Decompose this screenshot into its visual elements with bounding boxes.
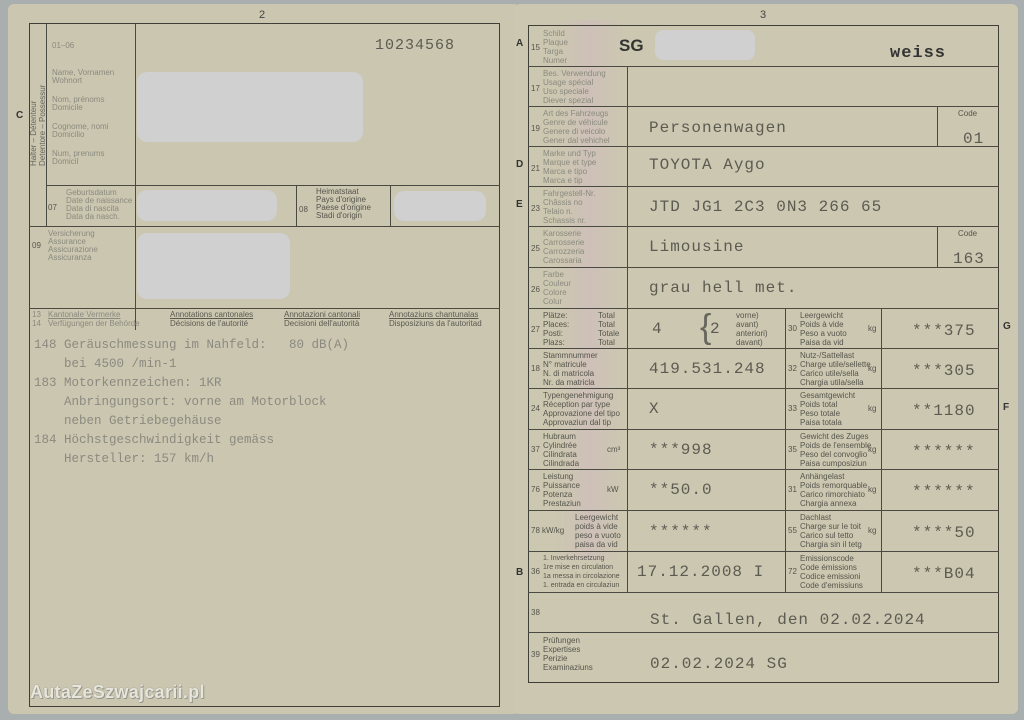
divider [390, 185, 391, 226]
field-label: Expertises [543, 645, 580, 654]
field-78-value: ****** [649, 523, 713, 541]
field-26-code: 26 [531, 285, 540, 294]
field-label: Leistung [543, 472, 573, 481]
side-letter-g: G [1003, 321, 1011, 332]
unit-label: kg [868, 404, 876, 413]
field-label: Prüfungen [543, 636, 580, 645]
field-38-code: 38 [531, 608, 540, 617]
field-label: Chargia annexa [800, 499, 856, 508]
field-label: Colore [543, 288, 567, 297]
field-label: Domicil [52, 157, 78, 166]
field-label: Plätze: [543, 311, 567, 320]
redacted-origin [394, 191, 486, 221]
field-08-code: 08 [299, 205, 308, 214]
field-label: Wohnort [52, 76, 82, 85]
field-label: Schassis nr. [543, 216, 586, 225]
code-label: Code [958, 229, 977, 238]
field-78-code: 78 [531, 526, 540, 535]
divider [627, 66, 628, 592]
field-label: Posti: [543, 329, 563, 338]
field-label: Réception par type [543, 400, 610, 409]
field-label: Art des Fahrzeugs [543, 109, 608, 118]
divider [528, 510, 999, 511]
unit-label: kW [607, 485, 619, 494]
right-page-number: 3 [760, 9, 766, 21]
field-label: Leergewicht [575, 513, 618, 522]
unit-label: kg [868, 485, 876, 494]
divider [528, 551, 999, 552]
field-label: Chargia utila/sella [800, 378, 864, 387]
field-label: N. di matricola [543, 369, 594, 378]
field-30-value: ***375 [912, 322, 976, 340]
field-label: Stadi d'origin [316, 211, 362, 220]
field-label: Data da nasch. [66, 212, 120, 221]
field-07-code: 07 [48, 203, 57, 212]
code-label: Code [958, 109, 977, 118]
field-label: Total [598, 311, 615, 320]
field-09-code: 09 [32, 241, 41, 250]
field-label: Diever spezial [543, 96, 593, 105]
field-label: Approvazione del tipo [543, 409, 620, 418]
divider [528, 66, 999, 67]
divider [528, 267, 999, 268]
field-label: 1. entrada en circulaziun [543, 581, 619, 590]
field-label: N° matricule [543, 360, 587, 369]
field-18-value: 419.531.248 [649, 360, 766, 378]
annotation-header: Verfügungen der Behörde [48, 319, 140, 328]
field-label: Paisa cumposiziun [800, 459, 867, 468]
divider [46, 185, 500, 186]
field-55-code: 55 [788, 526, 797, 535]
field-36-code: 36 [531, 567, 540, 576]
field-label: Perizie [543, 654, 567, 663]
field-36-value: 17.12.2008 I [637, 563, 764, 581]
left-page-number: 2 [259, 9, 265, 21]
field-label: Charge utile/sellette [800, 360, 871, 369]
divider [528, 469, 999, 470]
field-label: Charge sur le toit [800, 522, 861, 531]
field-24-value: X [649, 400, 660, 418]
field-label: Telaio n. [543, 207, 573, 216]
field-label: anteriori) [736, 329, 768, 338]
field-label: Poids de l'ensemble [800, 441, 871, 450]
field-label: Numer [543, 56, 567, 65]
divider [528, 429, 999, 430]
field-label: Fahrgestell-Nr. [543, 189, 595, 198]
field-37-code: 37 [531, 445, 540, 454]
annotation-header: Annotaziuns chantunalas [389, 310, 478, 319]
body-type-value: Limousine [649, 238, 744, 256]
field-label: paisa da vid [575, 540, 618, 549]
field-76-value: **50.0 [649, 481, 713, 499]
annotation-header: Annotations cantonales [170, 310, 253, 319]
annotation-code-13: 13 [32, 310, 41, 319]
unit-label: kW/kg [542, 526, 564, 535]
field-label: Cylindrée [543, 441, 577, 450]
field-24-code: 24 [531, 404, 540, 413]
field-label: Peso totale [800, 409, 840, 418]
field-25-code: 25 [531, 244, 540, 253]
field-label: Poids à vide [800, 320, 844, 329]
field-label: Codice emissioni [800, 572, 860, 581]
divider [937, 106, 938, 146]
field-label: Plaque [543, 38, 568, 47]
field-17-code: 17 [531, 84, 540, 93]
field-72-value: ***B04 [912, 565, 976, 583]
field-label: Gewicht des Zuges [800, 432, 868, 441]
field-label: Puissance [543, 481, 580, 490]
redacted-holder-name [137, 72, 363, 142]
side-letter-d: D [516, 159, 523, 170]
field-label: Assicuranza [48, 253, 92, 262]
field-label: Code d'emissiuns [800, 581, 863, 590]
field-31-value: ****** [912, 483, 976, 501]
unit-label: kg [868, 324, 876, 333]
field-label: Uso speciale [543, 87, 589, 96]
field-label: Usage spécial [543, 78, 593, 87]
field-39-code: 39 [531, 650, 540, 659]
field-label: vorne) [736, 311, 759, 320]
divider [528, 388, 999, 389]
field-label: Gener dal vehichel [543, 136, 610, 145]
field-label: Cilindrada [543, 459, 579, 468]
field-label: Cilindrata [543, 450, 577, 459]
side-letter-a: A [516, 38, 523, 49]
field-label: Gesamtgewicht [800, 391, 855, 400]
field-76-code: 76 [531, 485, 540, 494]
field-label: 1a messa in circolazione [543, 572, 620, 581]
field-label: Poids remorquable [800, 481, 867, 490]
field-19-code: 19 [531, 124, 540, 133]
plate-color: weiss [890, 44, 946, 63]
divider [881, 308, 882, 592]
redacted-birthdate [137, 190, 277, 221]
field-label: Stammnummer [543, 351, 598, 360]
field-label: Poids total [800, 400, 837, 409]
field-label: Marca e tipo [543, 167, 587, 176]
field-label: Carrozzeria [543, 247, 584, 256]
field-label: Nr. da matricla [543, 378, 595, 387]
field-01-06-code: 01–06 [52, 41, 74, 50]
issue-place-date: St. Gallen, den 02.02.2024 [650, 611, 926, 629]
field-label: Approvaziun dal tip [543, 418, 611, 427]
side-letter-e: E [516, 199, 523, 210]
document-number: 10234568 [375, 37, 455, 54]
field-label: Peso del convoglio [800, 450, 867, 459]
field-label: Carico utile/sella [800, 369, 859, 378]
annotation-header: Décisions de l'autorité [170, 319, 248, 328]
field-label: Carico rimorchiato [800, 490, 865, 499]
field-label: Châssis no [543, 198, 583, 207]
divider [528, 348, 999, 349]
field-label: peso a vuoto [575, 531, 621, 540]
field-label: 1re mise en circulation [543, 563, 613, 572]
field-label: Targa [543, 47, 563, 56]
field-label: Examinaziuns [543, 663, 593, 672]
annotation-header: Kantonale Vermerke [48, 310, 121, 319]
field-30-code: 30 [788, 324, 797, 333]
divider [528, 592, 999, 593]
field-label: Hubraum [543, 432, 576, 441]
field-27-code: 27 [531, 325, 540, 334]
field-label: Carossaria [543, 256, 582, 265]
divider [135, 24, 136, 330]
field-label: Peso a vuoto [800, 329, 847, 338]
field-label: Marke und Typ [543, 149, 596, 158]
divider [528, 146, 999, 147]
field-label: Typengenehmigung [543, 391, 613, 400]
inspection-value: 02.02.2024 SG [650, 655, 788, 673]
field-37-value: ***998 [649, 441, 713, 459]
field-label: Leergewicht [800, 311, 843, 320]
field-35-value: ****** [912, 443, 976, 461]
field-33-value: **1180 [912, 402, 976, 420]
field-label: Emissionscode [800, 554, 854, 563]
seats-front-value: 2 [710, 320, 721, 338]
color-value: grau hell met. [649, 279, 797, 297]
field-label: Colur [543, 297, 562, 306]
divider [785, 308, 786, 592]
unit-label: kg [868, 526, 876, 535]
side-letter-b: B [516, 567, 523, 578]
seats-total-value: 4 [652, 320, 663, 338]
field-label: Carico sul tetto [800, 531, 853, 540]
field-label: Total [598, 338, 615, 347]
field-21-code: 21 [531, 164, 540, 173]
annotation-header: Annotazioni cantonali [284, 310, 360, 319]
field-label: Bes. Verwendung [543, 69, 606, 78]
unit-label: cm³ [607, 445, 620, 454]
redacted-insurance [137, 233, 290, 299]
unit-label: kg [868, 364, 876, 373]
field-31-code: 31 [788, 485, 797, 494]
field-label: Totale [598, 329, 619, 338]
field-label: Code émissions [800, 563, 857, 572]
make-model-value: TOYOTA Aygo [649, 156, 766, 174]
field-label: Potenza [543, 490, 572, 499]
unit-label: kg [868, 445, 876, 454]
divider [528, 106, 999, 107]
field-15-code: 15 [531, 43, 540, 52]
redacted-plate-number [655, 30, 755, 60]
annotation-header: Decisioni dell'autorità [284, 319, 359, 328]
field-label: Paisa da vid [800, 338, 844, 347]
divider [528, 632, 999, 633]
divider [528, 186, 999, 187]
divider [528, 226, 999, 227]
field-label: 1. Inverkehrsetzung [543, 554, 604, 563]
holder-vertical-label-1: Halter – Détenteur [29, 101, 38, 166]
field-label: Karosserie [543, 229, 581, 238]
divider [29, 226, 500, 227]
field-label: Anhängelast [800, 472, 844, 481]
field-32-code: 32 [788, 364, 797, 373]
divider [29, 308, 500, 309]
field-label: Domicile [52, 103, 83, 112]
annotation-notes: 148 Geräuschmessung im Nahfeld: 80 dB(A)… [34, 336, 349, 469]
field-label: Couleur [543, 279, 571, 288]
field-label: Farbe [543, 270, 564, 279]
watermark: AutaZeSzwajcarii.pl [30, 682, 205, 703]
field-label: avant) [736, 320, 758, 329]
vehicle-type-value: Personenwagen [649, 119, 787, 137]
chassis-number-value: JTD JG1 2C3 0N3 266 65 [649, 198, 882, 216]
divider [528, 308, 999, 309]
field-33-code: 33 [788, 404, 797, 413]
field-label: poids à vide [575, 522, 618, 531]
field-label: davant) [736, 338, 763, 347]
body-type-code: 163 [953, 250, 985, 268]
holder-vertical-label-2: Detentore – Possessur [38, 85, 47, 166]
field-label: Carrosserie [543, 238, 584, 247]
vehicle-type-code: 01 [963, 130, 984, 148]
field-label: Dachlast [800, 513, 831, 522]
field-label: Genere di veicolo [543, 127, 605, 136]
annotation-code-14: 14 [32, 319, 41, 328]
plate-canton: SG [619, 36, 644, 56]
field-label: Marque et type [543, 158, 596, 167]
field-72-code: 72 [788, 567, 797, 576]
side-letter-c: C [16, 110, 23, 121]
field-label: Marca e tip [543, 176, 583, 185]
field-label: Total [598, 320, 615, 329]
annotation-header: Disposiziuns da l'autoritad [389, 319, 482, 328]
field-35-code: 35 [788, 445, 797, 454]
field-label: Domicilio [52, 130, 84, 139]
side-letter-f: F [1003, 402, 1009, 413]
field-55-value: ****50 [912, 524, 976, 542]
field-label: Prestaziun [543, 499, 581, 508]
field-label: Nutz-/Sattellast [800, 351, 854, 360]
field-label: Paisa totala [800, 418, 842, 427]
field-label: Chargia sin il tetg [800, 540, 862, 549]
field-label: Plazs: [543, 338, 565, 347]
field-label: Genre de véhicule [543, 118, 608, 127]
field-32-value: ***305 [912, 362, 976, 380]
field-label: Places: [543, 320, 569, 329]
field-23-code: 23 [531, 204, 540, 213]
divider [937, 226, 938, 267]
divider [296, 185, 297, 226]
field-label: Schild [543, 29, 565, 38]
field-18-code: 18 [531, 364, 540, 373]
